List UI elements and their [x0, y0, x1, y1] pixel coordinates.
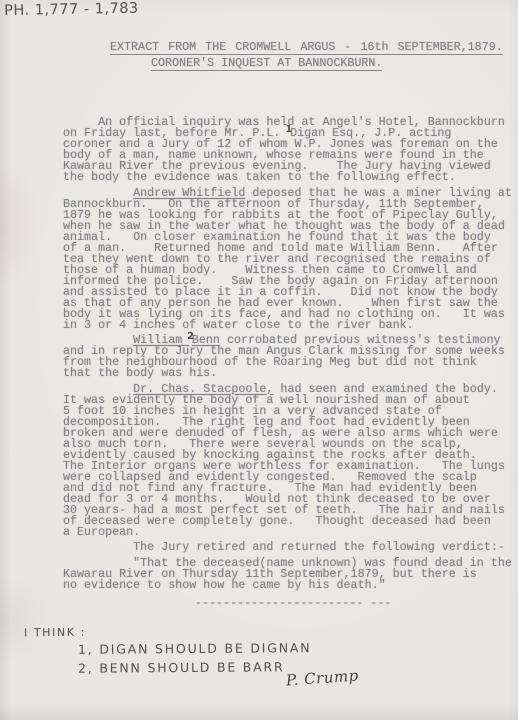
typed-text: had seen and examined the body. It was e…: [63, 382, 505, 539]
typed-text: deposed that he was a miner living at Ba…: [63, 186, 512, 332]
document-subtitle: CORONER'S INQUEST AT BANNOCKBURN.: [151, 58, 382, 71]
typed-paragraph: The Jury retired and returned the follow…: [63, 542, 518, 553]
handwritten-superscript: 2: [187, 331, 194, 342]
typed-paragraph: Dr. Chas. Stacpoole, had seen and examin…: [63, 384, 518, 538]
handwritten-note-heading: I THINK :: [24, 626, 86, 640]
typed-paragraph: "That the deceased(name unknown) was fou…: [63, 558, 518, 591]
typed-paragraph: An official inquiry was held at Angel's …: [63, 117, 518, 183]
signature: P. Crump: [285, 666, 359, 689]
typed-paragraphs: An official inquiry was held at Angel's …: [63, 84, 518, 631]
typed-divider-rule: ------------------------ ---: [195, 598, 518, 609]
archive-reference-handwritten: PH. 1,777 - 1,783: [4, 1, 139, 19]
handwritten-note-item: 2, BENN SHOULD BE BARR: [78, 659, 285, 675]
scanned-document-page: PH. 1,777 - 1,783 EXTRACT FROM THE CROMW…: [0, 0, 518, 720]
handwritten-superscript: 1: [285, 124, 292, 135]
document-title: EXTRACT FROM THE CROMWELL ARGUS - 16th S…: [110, 42, 503, 55]
typed-text: The Jury retired and returned the follow…: [63, 540, 505, 554]
typed-paragraph: Andrew Whitfield deposed that he was a m…: [63, 188, 518, 331]
handwritten-note-item: 1, DIGAN SHOULD BE DIGNAN: [78, 640, 311, 657]
typed-text: "That the deceased(name unknown) was fou…: [63, 556, 512, 592]
typed-paragraph: William 2Benn corrobated previous witnes…: [63, 335, 518, 379]
